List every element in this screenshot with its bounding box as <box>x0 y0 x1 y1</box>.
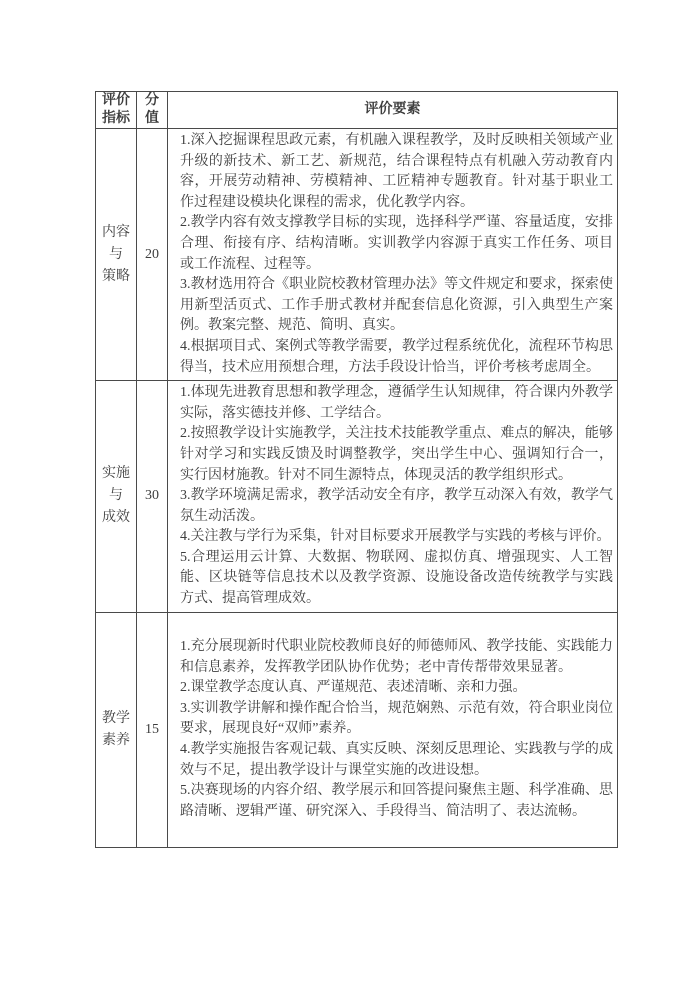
score-value: 20 <box>137 129 168 381</box>
evaluation-table: 评价 指标 分 值 评价要素 内容 与 策略 20 1.深入挖掘课程思政元素，有… <box>95 91 618 848</box>
indicator-line: 实施 <box>98 463 134 485</box>
evaluation-item: 3.教材选用符合《职业院校教材管理办法》等文件规定和要求，探索使用新型活页式、工… <box>180 275 613 337</box>
header-row: 评价 指标 分 值 评价要素 <box>96 92 618 129</box>
evaluation-item: 2.按照教学设计实施教学，关注技术技能教学重点、难点的解决，能够针对学习和实践反… <box>180 424 613 486</box>
header-score: 分 值 <box>137 92 168 129</box>
table-row-implementation-effect: 实施 与 成效 30 1.体现先进教育思想和教学理念，遵循学生认知规律，符合课内… <box>96 381 618 613</box>
indicator-line: 与 <box>98 244 134 266</box>
score-value: 15 <box>137 612 168 847</box>
evaluation-item: 1.充分展现新时代职业院校教师良好的师德师风、教学技能、实践能力和信息素养，发挥… <box>180 637 613 678</box>
elements-cell: 1.充分展现新时代职业院校教师良好的师德师风、教学技能、实践能力和信息素养，发挥… <box>168 612 618 847</box>
header-indicator-line: 评价 <box>96 92 136 110</box>
header-indicator-line: 指标 <box>96 110 136 128</box>
evaluation-item: 3.教学环境满足需求，教学活动安全有序，教学互动深入有效，教学气氛生动活泼。 <box>180 486 613 527</box>
elements-cell: 1.深入挖掘课程思政元素，有机融入课程教学，及时反映相关领域产业升级的新技术、新… <box>168 129 618 381</box>
indicator-line: 策略 <box>98 266 134 288</box>
indicator-label-teaching-literacy: 教学 素养 <box>96 612 137 847</box>
table-row-content-strategy: 内容 与 策略 20 1.深入挖掘课程思政元素，有机融入课程教学，及时反映相关领… <box>96 129 618 381</box>
score-value: 30 <box>137 381 168 613</box>
header-score-line: 值 <box>137 110 167 128</box>
elements-cell: 1.体现先进教育思想和教学理念，遵循学生认知规律，符合课内外教学实际，落实德技并… <box>168 381 618 613</box>
indicator-line: 内容 <box>98 222 134 244</box>
evaluation-item: 2.教学内容有效支撑教学目标的实现，选择科学严谨、容量适度，安排合理、衔接有序、… <box>180 213 613 275</box>
evaluation-item: 3.实训教学讲解和操作配合恰当，规范娴熟、示范有效，符合职业岗位要求，展现良好“… <box>180 699 613 740</box>
evaluation-item: 5.决赛现场的内容介绍、教学展示和回答提问聚焦主题、科学准确、思路清晰、逻辑严谨… <box>180 781 613 822</box>
evaluation-item: 5.合理运用云计算、大数据、物联网、虚拟仿真、增强现实、人工智能、区块链等信息技… <box>180 548 613 610</box>
header-elements: 评价要素 <box>168 92 618 129</box>
evaluation-item: 4.教学实施报告客观记载、真实反映、深刻反思理论、实践教与学的成效与不足，提出教… <box>180 740 613 781</box>
evaluation-item: 2.课堂教学态度认真、严谨规范、表述清晰、亲和力强。 <box>180 678 613 699</box>
indicator-line: 成效 <box>98 507 134 529</box>
evaluation-item: 4.根据项目式、案例式等教学需要，教学过程系统优化，流程环节构思得当，技术应用预… <box>180 337 613 378</box>
indicator-line: 教学 <box>98 708 134 730</box>
document-page: 评价 指标 分 值 评价要素 内容 与 策略 20 1.深入挖掘课程思政元素，有… <box>0 0 700 989</box>
indicator-line: 素养 <box>98 730 134 752</box>
evaluation-item: 4.关注教与学行为采集，针对目标要求开展教学与实践的考核与评价。 <box>180 527 613 548</box>
table-row-teaching-literacy: 教学 素养 15 1.充分展现新时代职业院校教师良好的师德师风、教学技能、实践能… <box>96 612 618 847</box>
indicator-label-implementation-effect: 实施 与 成效 <box>96 381 137 613</box>
indicator-label-content-strategy: 内容 与 策略 <box>96 129 137 381</box>
header-score-line: 分 <box>137 92 167 110</box>
header-indicator: 评价 指标 <box>96 92 137 129</box>
indicator-line: 与 <box>98 485 134 507</box>
evaluation-item: 1.深入挖掘课程思政元素，有机融入课程教学，及时反映相关领域产业升级的新技术、新… <box>180 131 613 213</box>
evaluation-item: 1.体现先进教育思想和教学理念，遵循学生认知规律，符合课内外教学实际，落实德技并… <box>180 383 613 424</box>
